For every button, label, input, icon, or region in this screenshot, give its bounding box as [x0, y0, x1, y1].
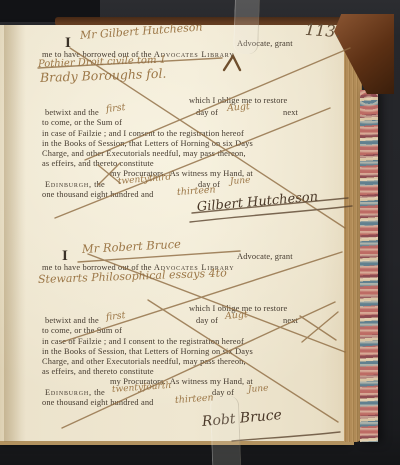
entry1-signed-month: June: [230, 177, 251, 187]
entry1-failzie-line: in case of Failzie ; and I consent to th…: [42, 130, 244, 138]
entry2-signed-month: June: [248, 385, 269, 395]
entry2-failzie-line: Charge, and other Executorials needful, …: [42, 358, 246, 366]
entry2-year-written: thirteen: [175, 393, 214, 405]
entry2-edinburgh-word: Edinburgh,: [45, 388, 92, 397]
entry1-year-line: one thousand eight hundred and: [42, 191, 154, 199]
photo-of-borrowing-register: 113. I Mr Gilbert Hutcheson Advocate, gr…: [0, 0, 400, 465]
entry1-return-month: Augt: [227, 102, 251, 113]
entry2-advocate-grant: Advocate, grant: [237, 253, 293, 261]
entry1-betwixt-prefix: betwixt and the: [45, 109, 99, 117]
entry1-day-of: day of: [196, 109, 218, 117]
page-bottom-edge: [0, 441, 354, 445]
entry2-failzie-line: as effeirs, and thereto constitute: [42, 368, 154, 376]
entry1-return-day: first: [106, 103, 126, 114]
page-holder-strip-top: [233, 0, 260, 54]
entry2-day-of: day of: [196, 317, 218, 325]
page-holder-strip-bottom: [210, 396, 241, 465]
entry1-the-word: the: [92, 180, 105, 189]
entry1-edinburgh-word: Edinburgh,: [45, 180, 92, 189]
entry2-failzie-line: in the Books of Session, that Letters of…: [42, 348, 253, 356]
entry2-sum-line: to come, or the Sum of: [42, 327, 122, 335]
entry2-edinburgh-line: Edinburgh, the: [45, 389, 105, 397]
entry1-failzie-line: in the Books of Session, that Letters of…: [42, 140, 253, 148]
entry2-next-word: next: [283, 317, 298, 325]
marbled-edge: [360, 90, 378, 442]
entry1-next-word: next: [283, 109, 298, 117]
entry1-drop-cap: I: [65, 36, 71, 51]
entry2-return-day: first: [106, 311, 126, 322]
entry1-sum-line: to come, or the Sum of: [42, 119, 122, 127]
entry1-edinburgh-line: Edinburgh, the: [45, 181, 105, 189]
entry2-the-word: the: [92, 388, 105, 397]
page-number: 113.: [304, 20, 341, 41]
entry1-failzie-line: as effeirs, and thereto constitute: [42, 160, 154, 168]
entry2-failzie-line: in case of Failzie ; and I consent to th…: [42, 338, 244, 346]
entry2-year-line: one thousand eight hundred and: [42, 399, 154, 407]
gutter-shadow: [4, 25, 26, 442]
entry2-betwixt-prefix: betwixt and the: [45, 317, 99, 325]
entry2-return-month: Augt: [225, 310, 249, 321]
entry1-failzie-line: Charge, and other Executorials needful, …: [42, 150, 246, 158]
entry1-year-written: thirteen: [177, 185, 216, 197]
entry2-drop-cap: I: [62, 249, 68, 264]
